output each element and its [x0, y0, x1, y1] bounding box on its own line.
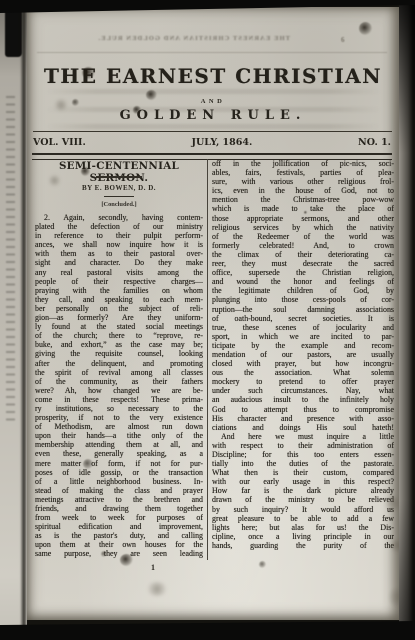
text-line: of a little neighborhood business. In-	[35, 477, 203, 486]
text-line: with our early usage in this respect?	[212, 477, 394, 486]
ink-stain	[120, 554, 133, 566]
text-line: the spirit of revival among all classes	[35, 368, 203, 377]
text-line: meetings attractive to the brethren and	[35, 495, 203, 504]
text-line: stead of making the class and prayer	[35, 486, 203, 495]
article-byline: BY E. BOWEN, D. D.	[35, 184, 203, 192]
text-line: giving the requisite counsel, looking	[35, 349, 203, 358]
ink-stain	[259, 561, 266, 568]
ink-stain	[146, 90, 157, 100]
text-line: come in these respects! These prima-	[35, 395, 203, 404]
volume-label: VOL. VIII.	[33, 137, 86, 148]
text-line: plated the defection of our ministry	[35, 222, 203, 231]
text-line: by such inquiry? It would afford us	[212, 505, 394, 514]
text-line: they call, and speaking to each mem-	[35, 295, 203, 304]
bleedthrough-rule	[37, 52, 387, 53]
bleedthrough-page-number: 6	[341, 36, 345, 44]
text-line: off in the jollification of pic-nics, so…	[212, 159, 394, 168]
text-line: religious services by which the nativity	[212, 223, 394, 232]
text-line: formerly celebrated! And, to crown	[212, 241, 394, 250]
text-line: His character and presence with asso-	[212, 414, 394, 423]
masthead-rule	[33, 131, 392, 132]
text-line: mere matter of form, if not for pur-	[35, 459, 203, 468]
text-line: praying with the families on whom	[35, 286, 203, 295]
text-line: poses of idle gossip, or the transaction	[35, 468, 203, 477]
ink-stain	[81, 167, 90, 176]
text-line: ry institutions, so necessary to the	[35, 404, 203, 413]
text-line: with them as to their pastoral over-	[35, 249, 203, 258]
text-line: ciations and doings His soul hateth!	[212, 423, 394, 432]
ink-stain	[83, 459, 93, 469]
masthead-and: AND	[27, 98, 399, 105]
text-line: prosperity, if not to the very existence	[35, 413, 203, 422]
bleedthrough-streak	[45, 124, 381, 129]
text-line: any real pastoral visits among the	[35, 268, 203, 277]
text-line: were? Ah, how changed we are be-	[35, 386, 203, 395]
right-column: off in the jollification of pic-nics, so…	[212, 159, 394, 550]
text-line: the legitimate children of God, by	[212, 286, 394, 295]
text-line: an audacious insult to the infinitely ho…	[212, 395, 394, 404]
text-line: of Methodism, are almost run down	[35, 422, 203, 431]
text-line: office, supersede the Christian religion…	[212, 268, 394, 277]
text-line: true, these scenes of jocularity and	[212, 323, 394, 332]
text-line: ticipate by the example and recom-	[212, 341, 394, 350]
text-line: mention the Christmas-tree pow-wow	[212, 195, 394, 204]
smudge-stain	[147, 582, 167, 596]
text-line: sight and character. Do they make	[35, 258, 203, 267]
text-line: spiritual edification and improvement,	[35, 522, 203, 531]
masthead-subtitle: GOLDEN RULE.	[27, 108, 399, 123]
text-line: How far is the dark picture already	[212, 486, 394, 495]
issue-date: JULY, 1864.	[192, 137, 253, 148]
text-line: even these, generally speaking, as a	[35, 449, 203, 458]
text-line: mockery to pretend to offer prayer	[212, 377, 394, 386]
article-title: SEMI-CENTENNIAL SERMON.	[35, 160, 203, 184]
smudge-stain	[55, 99, 67, 111]
text-line: after the delinquent, and promoting	[35, 359, 203, 368]
article-note: [Concluded.]	[35, 201, 203, 208]
text-line: ous the association. What solemn	[212, 368, 394, 377]
text-line: buke, and exhort,” as the case may be;	[35, 340, 203, 349]
text-line: sport, in which we are incited to par-	[212, 332, 394, 341]
article-title-rule	[96, 176, 142, 178]
article-byline-rule	[104, 196, 134, 197]
text-line: God to attempt thus to compromise	[212, 405, 394, 414]
text-line: upon their hands—a tithe only of the	[35, 431, 203, 440]
smudge-stain	[49, 175, 60, 186]
ink-speck	[304, 211, 307, 214]
text-line: under such circumstances. Nay, what	[212, 386, 394, 395]
text-line: reer, they must desecrate the sacred	[212, 259, 394, 268]
text-line: same purpose, they are seen leading	[35, 549, 203, 558]
ink-stain	[101, 551, 107, 557]
text-line: of the Redeemer of the world was	[212, 232, 394, 241]
text-line: friends, and drawing them together	[35, 504, 203, 513]
text-line: of the community, as their fathers	[35, 377, 203, 386]
text-line: as is the pastor's duty, and calling	[35, 531, 203, 540]
ink-stain	[359, 22, 372, 35]
text-line: from week to week for purposes of	[35, 513, 203, 522]
text-line: ruption—the soul damning associations	[212, 305, 394, 314]
issue-number: NO. 1.	[358, 137, 391, 148]
text-line: ables, fairs, festivals, parties of plea…	[212, 168, 394, 177]
page-paper: THE EARNEST CHRISTIAN AND GOLDEN RULE. 6…	[27, 7, 400, 620]
text-line: which is made to take the place of	[212, 204, 394, 213]
text-line: in reference to their pulpit perform-	[35, 231, 203, 240]
text-line: ances, we shall now inquire how it is	[35, 240, 203, 249]
ink-stain	[133, 106, 141, 114]
text-line: gion—as formerly? Are they uniform-	[35, 313, 203, 322]
text-line: of the church; there to “reprove, re-	[35, 331, 203, 340]
text-line: mendation of our pastors, are usually	[212, 350, 394, 359]
text-line: with respect to their administration of	[212, 441, 394, 450]
text-line: Discipline; for this too enters essen-	[212, 450, 394, 459]
text-line: those appropriate sermons, and other	[212, 214, 394, 223]
text-line: membership attending them at all, and	[35, 440, 203, 449]
adjacent-page-text-marks	[6, 96, 15, 426]
left-column: 2. Again, secondly, having contem-plated…	[35, 213, 203, 559]
bleedthrough-streak	[45, 89, 381, 94]
text-line: sure, with various other religious frol-	[212, 177, 394, 186]
scan-bottom-edge	[0, 620, 415, 640]
issue-line: VOL. VIII. JULY, 1864. NO. 1.	[33, 137, 391, 148]
text-line: upon them at their own houses for the	[35, 540, 203, 549]
text-line: great pleasure to be able to add a few	[212, 514, 394, 523]
bleedthrough-header: THE EARNEST CHRISTIAN AND GOLDEN RULE.	[110, 35, 290, 42]
text-line: the climax of their deteriorating ca-	[212, 250, 394, 259]
text-line: lights here; but alas for us! the Dis-	[212, 523, 394, 532]
text-line: people of their respective charges—	[35, 277, 203, 286]
ink-stain	[72, 99, 79, 106]
ink-stain	[82, 67, 95, 79]
text-line: tially into the duties of the pastorate.	[212, 459, 394, 468]
text-line: cipline, once a living principle in our	[212, 532, 394, 541]
text-line: ber personally on the subject of reli-	[35, 304, 203, 313]
text-line: And here we must inquire a little	[212, 432, 394, 441]
text-line: of oath-bound, secret societies. It is	[212, 314, 394, 323]
text-line: drawn of the ministry to be relieved	[212, 495, 394, 504]
text-line: ly found at the stated social meetings	[35, 322, 203, 331]
text-line: plunging into those cess-pools of cor-	[212, 295, 394, 304]
text-line: closed with prayer, but how incongru-	[212, 359, 394, 368]
text-line: What then is their custom, compared	[212, 468, 394, 477]
scan-right-edge	[399, 0, 415, 640]
scanned-page-image: THE EARNEST CHRISTIAN AND GOLDEN RULE. 6…	[0, 0, 415, 640]
book-gutter-shadow	[20, 0, 27, 640]
text-line: and wound the honor and feelings of	[212, 277, 394, 286]
page-folio: 1	[145, 563, 161, 572]
text-line: ics, even in the house of God, not to	[212, 186, 394, 195]
column-divider	[207, 159, 208, 560]
text-line: hands, guarding the purity of the	[212, 541, 394, 550]
text-line: 2. Again, secondly, having contem-	[35, 213, 203, 222]
